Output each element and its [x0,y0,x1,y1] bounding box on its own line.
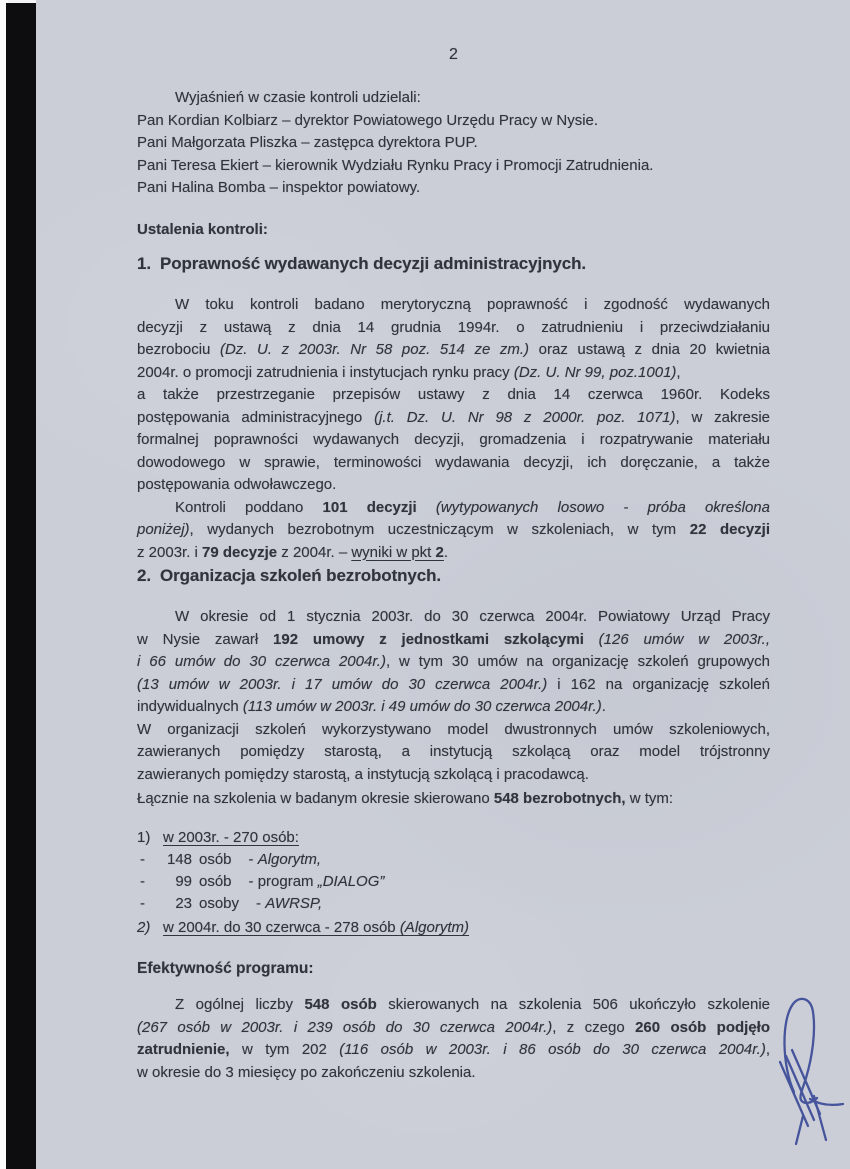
text-line: bezrobociu (Dz. U. z 2003r. Nr 58 poz. 5… [137,339,770,362]
training-program-label: - Algorytm, [249,849,322,871]
text-run: 2 [436,544,444,561]
text-run: (wytypowanych losowo - próba określona [436,499,770,516]
section1-paragraphs: W toku kontroli badano merytoryczną popr… [137,294,770,564]
training-list-item: - 23 osoby - AWRSP, [137,893,770,915]
text-run: (Dz. U. z 2003r. Nr 58 poz. 514 ze zm.) [220,341,529,358]
section1-heading-number: 1. [137,253,151,276]
text-run: 2004r. o promocji zatrudnienia i instytu… [137,364,514,381]
text-line: (267 osób w 2003r. i 239 osób do 30 czer… [137,1017,770,1040]
text-line: W okresie od 1 stycznia 2003r. do 30 cze… [137,606,770,629]
text-run: 22 decyzji [690,521,770,538]
text-run: zawieranych pomiędzy starostą, a instytu… [137,766,589,783]
intro-person-line: Pan Kordian Kolbiarz – dyrektor Powiatow… [137,110,770,133]
text-run: , z czego [552,1019,635,1036]
trainings-2004-line: 2)w 2004r. do 30 czerwca - 278 osób (Alg… [137,917,770,940]
list-item-number: 1) [137,827,163,849]
text-run: (267 osób w 2003r. i 239 osób do 30 czer… [137,1019,552,1036]
text-run: bezrobociu [137,341,220,358]
section2-paragraphs: W okresie od 1 stycznia 2003r. do 30 cze… [137,606,770,786]
text-run: W organizacji szkoleń wykorzystywano mod… [137,721,770,738]
text-line: zatrudnienie, w tym 202 (116 osób w 2003… [137,1039,770,1062]
text-line: w okresie do 3 miesięcy po zakończeniu s… [137,1062,770,1085]
findings-label: Ustalenia kontroli: [137,219,770,242]
text-run: „DIALOG” [318,873,385,890]
text-run: W toku kontroli badano merytoryczną popr… [175,296,770,313]
training-program-label: - program „DIALOG” [249,871,385,893]
scan-border-left [6,3,36,1169]
text-line: indywidualnych (113 umów w 2003r. i 49 u… [137,696,770,719]
text-line: w Nysie zawarł 192 umowy z jednostkami s… [137,629,770,652]
text-line: z 2003r. i 79 decyzje z 2004r. – wyniki … [137,542,770,565]
text-run: (126 umów w 2003r., [599,631,770,648]
text-run: Z ogólnej liczby [175,996,304,1013]
text-run: . [602,698,606,715]
section2-heading-text: Organizacja szkoleń bezrobotnych. [160,566,441,585]
signature-descender [796,1116,803,1144]
text-run: i 162 na organizację szkoleń [547,676,770,693]
trainings-2003-title: 1)w 2003r. - 270 osób: [137,827,770,849]
section1-heading-text: Poprawność wydawanych decyzji administra… [160,254,586,273]
text-run: formalnej poprawności wydawanych decyzji… [137,431,770,448]
text-run: w Nysie zawarł [137,631,273,648]
text-run: Łącznie na szkolenia w badanym okresie s… [137,790,494,807]
text-run: z 2004r. – [277,544,351,561]
text-line: W organizacji szkoleń wykorzystywano mod… [137,719,770,742]
text-run: 260 osób podjęło [635,1019,770,1036]
training-count-unit: osób [199,849,232,871]
text-run: (j.t. Dz. U. Nr 98 z 2000r. poz. 1071) [374,409,675,426]
text-run: , [676,364,680,381]
text-line: (13 umów w 2003r. i 17 umów do 30 czerwc… [137,674,770,697]
training-count-unit: osób [199,871,232,893]
text-line: zawieranych pomiędzy starostą, a instytu… [137,764,770,787]
section1-heading: 1.Poprawność wydawanych decyzji administ… [137,253,770,276]
text-line: i 66 umów do 30 czerwca 2004r.), w tym 3… [137,651,770,674]
text-run: - [256,895,265,912]
intro-person-line: Pani Halina Bomba – inspektor powiatowy. [137,177,770,200]
text-run: 101 decyzji [323,499,436,516]
intro-block: Wyjaśnień w czasie kontroli udzielali: P… [137,87,770,200]
text-run: (13 umów w 2003r. i 17 umów do 30 czerwc… [137,676,547,693]
text-run: a także przestrzeganie przepisów ustawy … [137,386,770,403]
text-run: wyniki w pkt [351,544,435,561]
text-line: a także przestrzeganie przepisów ustawy … [137,384,770,407]
text-run: Kontroli poddano [175,499,323,516]
training-count: 99 [166,871,192,893]
text-run: . [444,544,448,561]
text-run: W okresie od 1 stycznia 2003r. do 30 cze… [175,608,770,625]
text-run: (Dz. U. Nr 99, poz.1001) [514,364,677,381]
text-run: zatrudnienie, [137,1041,230,1058]
text-line: postępowania administracyjnego (j.t. Dz.… [137,407,770,430]
text-run: Algorytm, [258,851,321,868]
effectiveness-paragraph: Z ogólnej liczby 548 osób skierowanych n… [137,994,770,1084]
text-run: w tym: [626,790,674,807]
text-run: w 2004r. do 30 czerwca - 278 osób [163,919,400,936]
text-run: skierowanych na szkolenia 506 ukończyło … [377,996,770,1013]
training-list-item: - 99 osób - program „DIALOG” [137,871,770,893]
text-run: w okresie do 3 miesięcy po zakończeniu s… [137,1064,476,1081]
intro-person-line: Pani Małgorzata Pliszka – zastępca dyrek… [137,132,770,155]
text-line: Kontroli poddano 101 decyzji (wytypowany… [137,497,770,520]
text-run: zawieranych pomiędzy starostą, a instytu… [137,743,770,760]
trainings-2004-title-text: w 2004r. do 30 czerwca - 278 osób (Algor… [163,919,469,936]
intro-lead-line: Wyjaśnień w czasie kontroli udzielali: [137,87,770,110]
text-run: - program [249,873,318,890]
text-run: oraz ustawą z dnia 20 kwietnia [529,341,770,358]
text-run: 548 bezrobotnych, [494,790,626,807]
text-run: z 2003r. i [137,544,202,561]
text-line: dowodowego w sprawie, terminowości wydaw… [137,452,770,475]
text-line: zawieranych pomiędzy starostą, a instytu… [137,741,770,764]
list-item-number: 2) [137,917,163,940]
training-program-label: - AWRSP, [256,893,322,915]
text-run: 192 umowy z jednostkami szkolącymi [273,631,599,648]
text-run: 548 osób [304,996,376,1013]
list-bullet-dash: - [137,849,166,871]
training-count: 23 [166,893,192,915]
intro-person-line: Pani Teresa Ekiert – kierownik Wydziału … [137,155,770,178]
text-run: w tym 202 [230,1041,340,1058]
trainings-2003-title-text: w 2003r. - 270 osób: [163,829,299,846]
text-run: indywidualnych [137,698,243,715]
text-run: (Algorytm) [400,919,469,936]
text-run: - [249,851,258,868]
text-line: decyzji z ustawą z dnia 14 grudnia 1994r… [137,317,770,340]
trainings-2003-list: 1)w 2003r. - 270 osób: - 148 osób - Algo… [137,827,770,915]
text-run: AWRSP, [265,895,322,912]
text-run: , wydanych bezrobotnym uczestniczącym w … [190,521,690,538]
list-bullet-dash: - [137,871,166,893]
text-line: Z ogólnej liczby 548 osób skierowanych n… [137,994,770,1017]
text-run: , w tym 30 umów na organizację szkoleń g… [386,653,770,670]
text-line: 2004r. o promocji zatrudnienia i instytu… [137,362,770,385]
text-line: postępowania odwoławczego. [137,474,770,497]
page-number: 2 [137,44,770,67]
text-line: W toku kontroli badano merytoryczną popr… [137,294,770,317]
section2-heading: 2.Organizacja szkoleń bezrobotnych. [137,565,770,588]
text-run: i 66 umów do 30 czerwca 2004r.) [137,653,386,670]
text-run: (113 umów w 2003r. i 49 umów do 30 czerw… [243,698,602,715]
text-run: dowodowego w sprawie, terminowości wydaw… [137,454,770,471]
training-count: 148 [166,849,192,871]
text-line: poniżej), wydanych bezrobotnym uczestnic… [137,519,770,542]
training-list-item: - 148 osób - Algorytm, [137,849,770,871]
text-line: formalnej poprawności wydawanych decyzji… [137,429,770,452]
text-run: 79 decyzje [202,544,277,561]
text-run: poniżej) [137,521,190,538]
totals-line: Łącznie na szkolenia w badanym okresie s… [137,788,770,811]
text-run: postępowania odwoławczego. [137,476,336,493]
handwritten-signature [770,994,850,1146]
effectiveness-label: Efektywność programu: [137,958,770,981]
text-run: (116 osób w 2003r. i 86 osób do 30 czerw… [339,1041,766,1058]
text-run: , w zakresie [676,409,770,426]
training-count-unit: osoby [199,893,239,915]
list-bullet-dash: - [137,893,166,915]
document-page: 2 Wyjaśnień w czasie kontroli udzielali:… [36,0,850,1169]
text-run: postępowania administracyjnego [137,409,374,426]
text-run: decyzji z ustawą z dnia 14 grudnia 1994r… [137,319,770,336]
section2-heading-number: 2. [137,565,151,588]
